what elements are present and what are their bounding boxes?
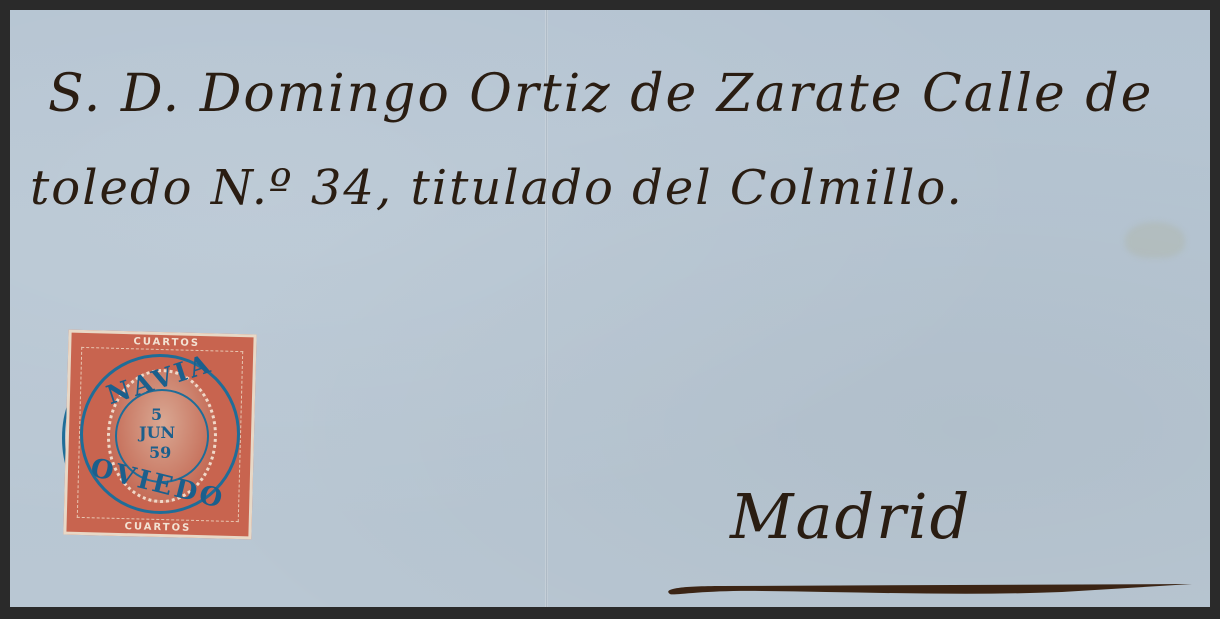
paper-stain <box>1125 222 1185 258</box>
address-line-2: toledo N.º 34, titulado del Colmillo. <box>30 160 964 216</box>
envelope-paper: S. D. Domingo Ortiz de Zarate Calle de t… <box>10 10 1210 607</box>
stamp-top-label: CUARTOS <box>133 336 200 349</box>
stamp-bottom-label: CUARTOS <box>124 521 191 534</box>
postmark-month: JUN <box>139 423 175 442</box>
address-line-1: S. D. Domingo Ortiz de Zarate Calle de <box>48 64 1153 124</box>
address-city: Madrid <box>730 480 971 553</box>
postmark-year: 59 <box>149 443 171 462</box>
postmark-day: 5 <box>151 405 162 424</box>
ink-flourish <box>662 580 1202 600</box>
postmark-cancel: NAVIA 5 JUN 59 OVIEDO <box>80 354 240 514</box>
image-frame: S. D. Domingo Ortiz de Zarate Calle de t… <box>0 0 1220 619</box>
